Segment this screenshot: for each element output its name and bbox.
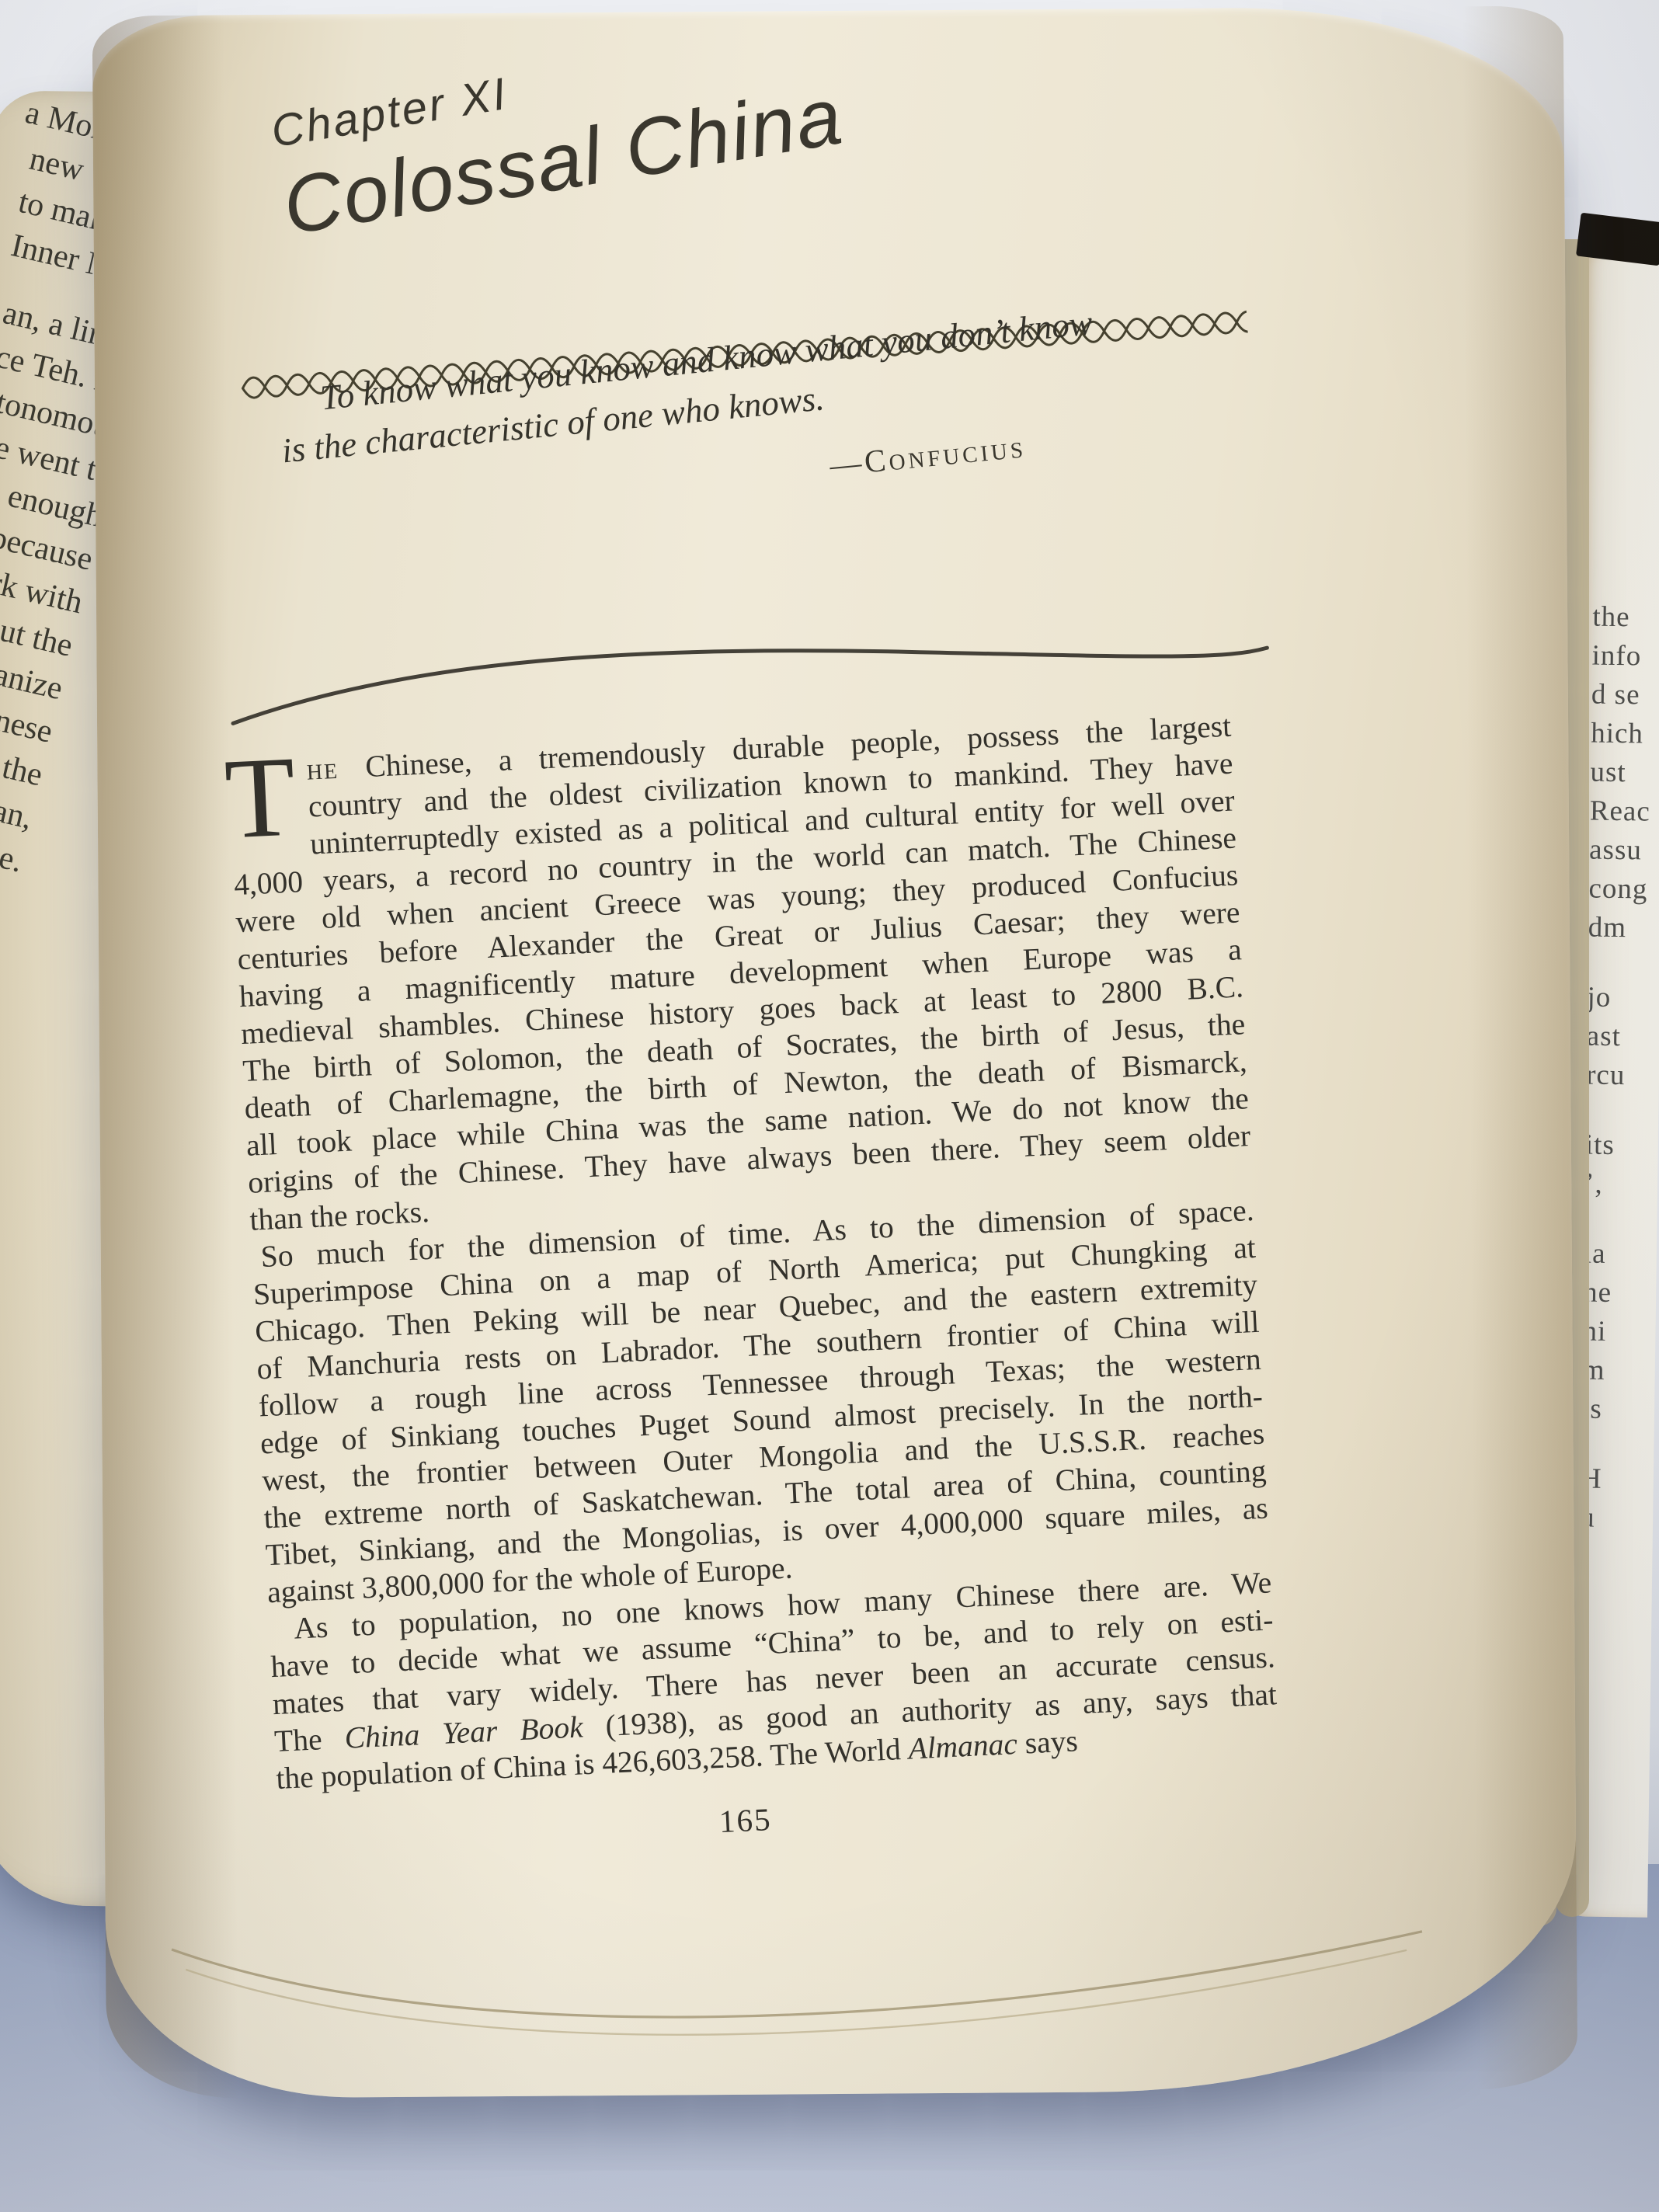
paragraph-lines: he Chinese, a tremendously durable peopl…: [228, 708, 1253, 1239]
drop-cap: T: [223, 751, 309, 837]
right-page: Chapter XI Colossal China To know what y…: [92, 5, 1578, 2099]
text-line: ust: [1590, 753, 1659, 793]
fragment-group: ianenimis: [1581, 1234, 1659, 1429]
bottom-page-edge-lines: [148, 1909, 1547, 2075]
body-paragraph: So much for the dimension of time. As to…: [251, 1191, 1271, 1611]
text-line: cong: [1588, 870, 1659, 909]
text-line: ne: [1583, 1273, 1659, 1313]
text-line: d se: [1591, 676, 1659, 715]
text-line: ni: [1582, 1312, 1659, 1351]
text-line: rcu: [1586, 1056, 1659, 1095]
epigraph: To know what you know and know what you …: [275, 290, 1188, 543]
text-line: is: [1581, 1389, 1659, 1429]
paragraph-lines: So much for the dimension of time. As to…: [251, 1191, 1271, 1611]
page-content: Chapter XI Colossal China To know what y…: [92, 5, 1578, 2099]
fragment-group: theinfod sehichustReacassucongdm: [1588, 598, 1659, 948]
text-line: hich: [1591, 715, 1659, 754]
chapter-heading: Chapter XI Colossal China: [267, 14, 849, 253]
fragment-group: its’,: [1584, 1125, 1659, 1204]
body-paragraph: T he Chinese, a tremendously durable peo…: [228, 708, 1253, 1239]
text-line: info: [1591, 637, 1659, 676]
text-line: assu: [1589, 831, 1659, 871]
book-photo: theinfod sehichustReacassucongdmjoastrcu…: [0, 0, 1659, 2212]
text-line: its: [1585, 1125, 1659, 1165]
text-line: ia: [1584, 1234, 1659, 1274]
text-line: ast: [1586, 1017, 1659, 1056]
fragment-group: joastrcu: [1586, 978, 1659, 1095]
text-line: ’,: [1584, 1164, 1659, 1204]
text-line: jo: [1587, 978, 1659, 1017]
text-line: Reac: [1590, 792, 1659, 832]
text-line: dm: [1588, 909, 1659, 948]
text-line: u: [1580, 1498, 1658, 1538]
text-line: m: [1581, 1351, 1659, 1390]
fragment-group: Hu: [1580, 1459, 1658, 1538]
text-line: H: [1581, 1459, 1659, 1499]
body-text: T he Chinese, a tremendously durable peo…: [228, 708, 1282, 1861]
facing-page-fragments: theinfod sehichustReacassucongdmjoastrcu…: [1579, 598, 1659, 1570]
text-line: the: [1592, 598, 1659, 638]
